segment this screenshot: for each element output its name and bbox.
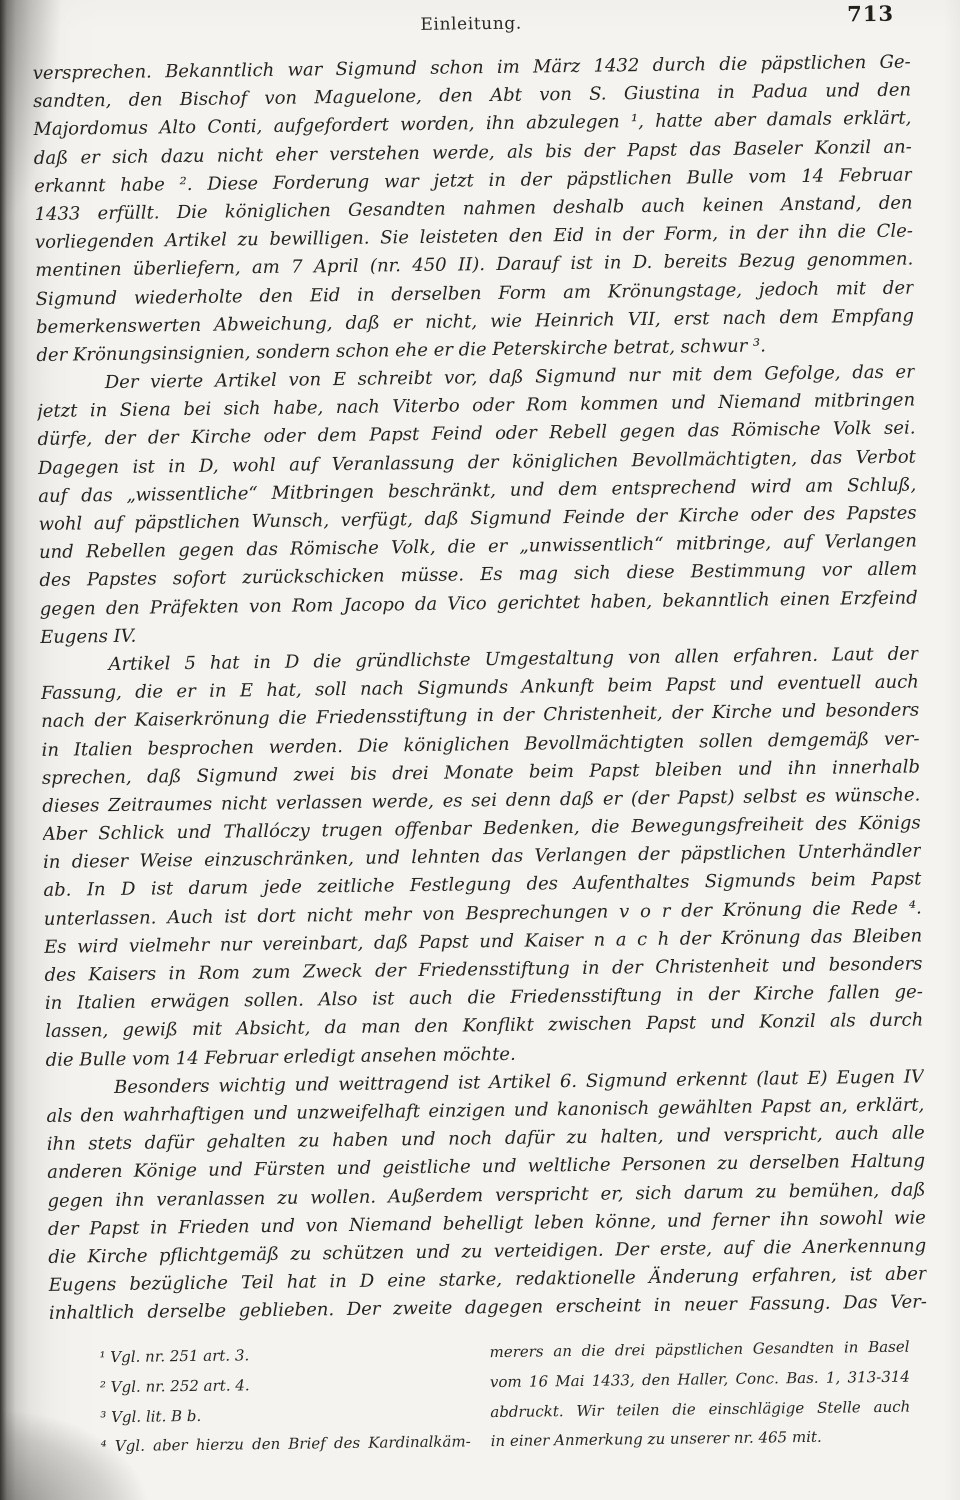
scanned-book-page: Einleitung. 713 versprechen. Bekanntlich… [0,0,960,1500]
page-header: Einleitung. 713 [32,5,910,52]
page-number: 713 [847,1,894,27]
margin-line-number: 15 [38,455,45,482]
margin-line-number: 45 [49,1301,56,1328]
margin-line-number: 30 [43,878,50,905]
running-title: Einleitung. [32,9,910,40]
footnotes: ¹ Vgl. nr. 251 art. 3.² Vgl. nr. 252 art… [49,1333,928,1463]
footnotes-left-column: ¹ Vgl. nr. 251 art. 3.² Vgl. nr. 252 art… [99,1339,471,1462]
footnote-line: abdruckt. Wir teilen die einschlägige St… [490,1392,910,1427]
footnote-line: ¹ Vgl. nr. 251 art. 3. [99,1339,469,1373]
margin-line-number: 40 [47,1160,54,1187]
footnote-line: ² Vgl. nr. 252 art. 4. [100,1368,470,1402]
footnote-line: ³ Vgl. lit. B b. [100,1398,470,1432]
margin-line-number: 20 [40,596,47,623]
footnote-line: in einer Anmerkung zu unserer nr. 465 mi… [491,1422,911,1457]
margin-line-number: 25 [41,737,48,764]
margin-line-number: 35 [45,1019,52,1046]
body-text: versprechen. Bekanntlich war Sigmund sch… [33,49,928,1329]
footnotes-right-column: merers an die drei päpstlichen Gesandten… [489,1333,911,1457]
page-content: Einleitung. 713 versprechen. Bekanntlich… [32,5,929,1463]
footnote-line: ⁴ Vgl. aber hierzu den Brief des Kardina… [101,1428,471,1462]
margin-line-number: 5 [34,174,41,201]
margin-line-number: 10 [36,315,43,342]
